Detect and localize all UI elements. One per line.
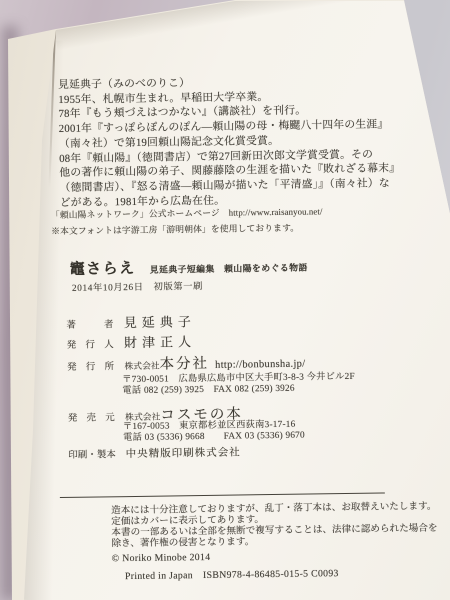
isbn-line: Printed in Japan ISBN978-4-86485-015-5 C…: [125, 565, 339, 582]
edition-date: 2014年10月26日 初版第一刷: [72, 278, 203, 294]
colophon-row-printer: 印刷・製本 中央精版印刷株式会社: [68, 444, 241, 461]
book-subtitle: 見延典子短編集 頼山陽をめぐる物語: [150, 263, 308, 275]
author-label: 著者: [66, 316, 113, 331]
divider-rule: [60, 492, 385, 498]
publisher-person-label: 発行人: [67, 336, 114, 351]
legal-notice-block: 造本には十分注意しておりますが、乱丁・落丁本は、お取替えいたします。 定価はカバ…: [111, 501, 438, 550]
publisher-person-name: 財津正人: [124, 334, 196, 350]
title-row: 竈さらえ見延典子短編集 頼山陽をめぐる物語: [70, 255, 308, 279]
copyright-line: © Noriko Minobe 2014: [112, 552, 211, 564]
font-usage-note: ※本文フォントは字游工房「游明朝体」を使用しております。: [51, 220, 323, 239]
colophon-content: 見延典子（みのべのりこ） 1955年、札幌市生まれ。早稲田大学卒業。 78年『も…: [58, 71, 437, 596]
colophon-row-author: 著者 見延典子: [66, 311, 196, 332]
printer-name: 中央精版印刷株式会社: [126, 447, 241, 460]
publisher-phone: 電話 082 (259) 3925 FAX 082 (259) 3926: [122, 380, 294, 396]
printer-label: 印刷・製本: [68, 446, 115, 461]
page-top-edge-shadow: [54, 0, 422, 51]
photo-background: 見延典子（みのべのりこ） 1955年、札幌市生まれ。早稲田大学卒業。 78年『も…: [0, 0, 450, 600]
book-colophon-page: 見延典子（みのべのりこ） 1955年、札幌市生まれ。早稲田大学卒業。 78年『も…: [0, 0, 450, 600]
notes-block: 「頼山陽ネットワーク」公式ホームページ http://www.raisanyou…: [51, 204, 323, 239]
colophon-row-publisher-person: 発行人 財津正人: [67, 331, 197, 352]
publisher-corp-prefix: 株式会社: [124, 361, 159, 371]
publisher-label: 発行所: [67, 358, 114, 373]
author-bio-block: 見延典子（みのべのりこ） 1955年、札幌市生まれ。早稲田大学卒業。 78年『も…: [58, 73, 401, 210]
distributor-label: 発売元: [68, 409, 115, 424]
author-name: 見延典子: [124, 314, 196, 330]
book-title: 竈さらえ: [70, 261, 136, 278]
distributor-phone: 電話 03 (5336) 9668 FAX 03 (5336) 9670: [123, 427, 305, 444]
